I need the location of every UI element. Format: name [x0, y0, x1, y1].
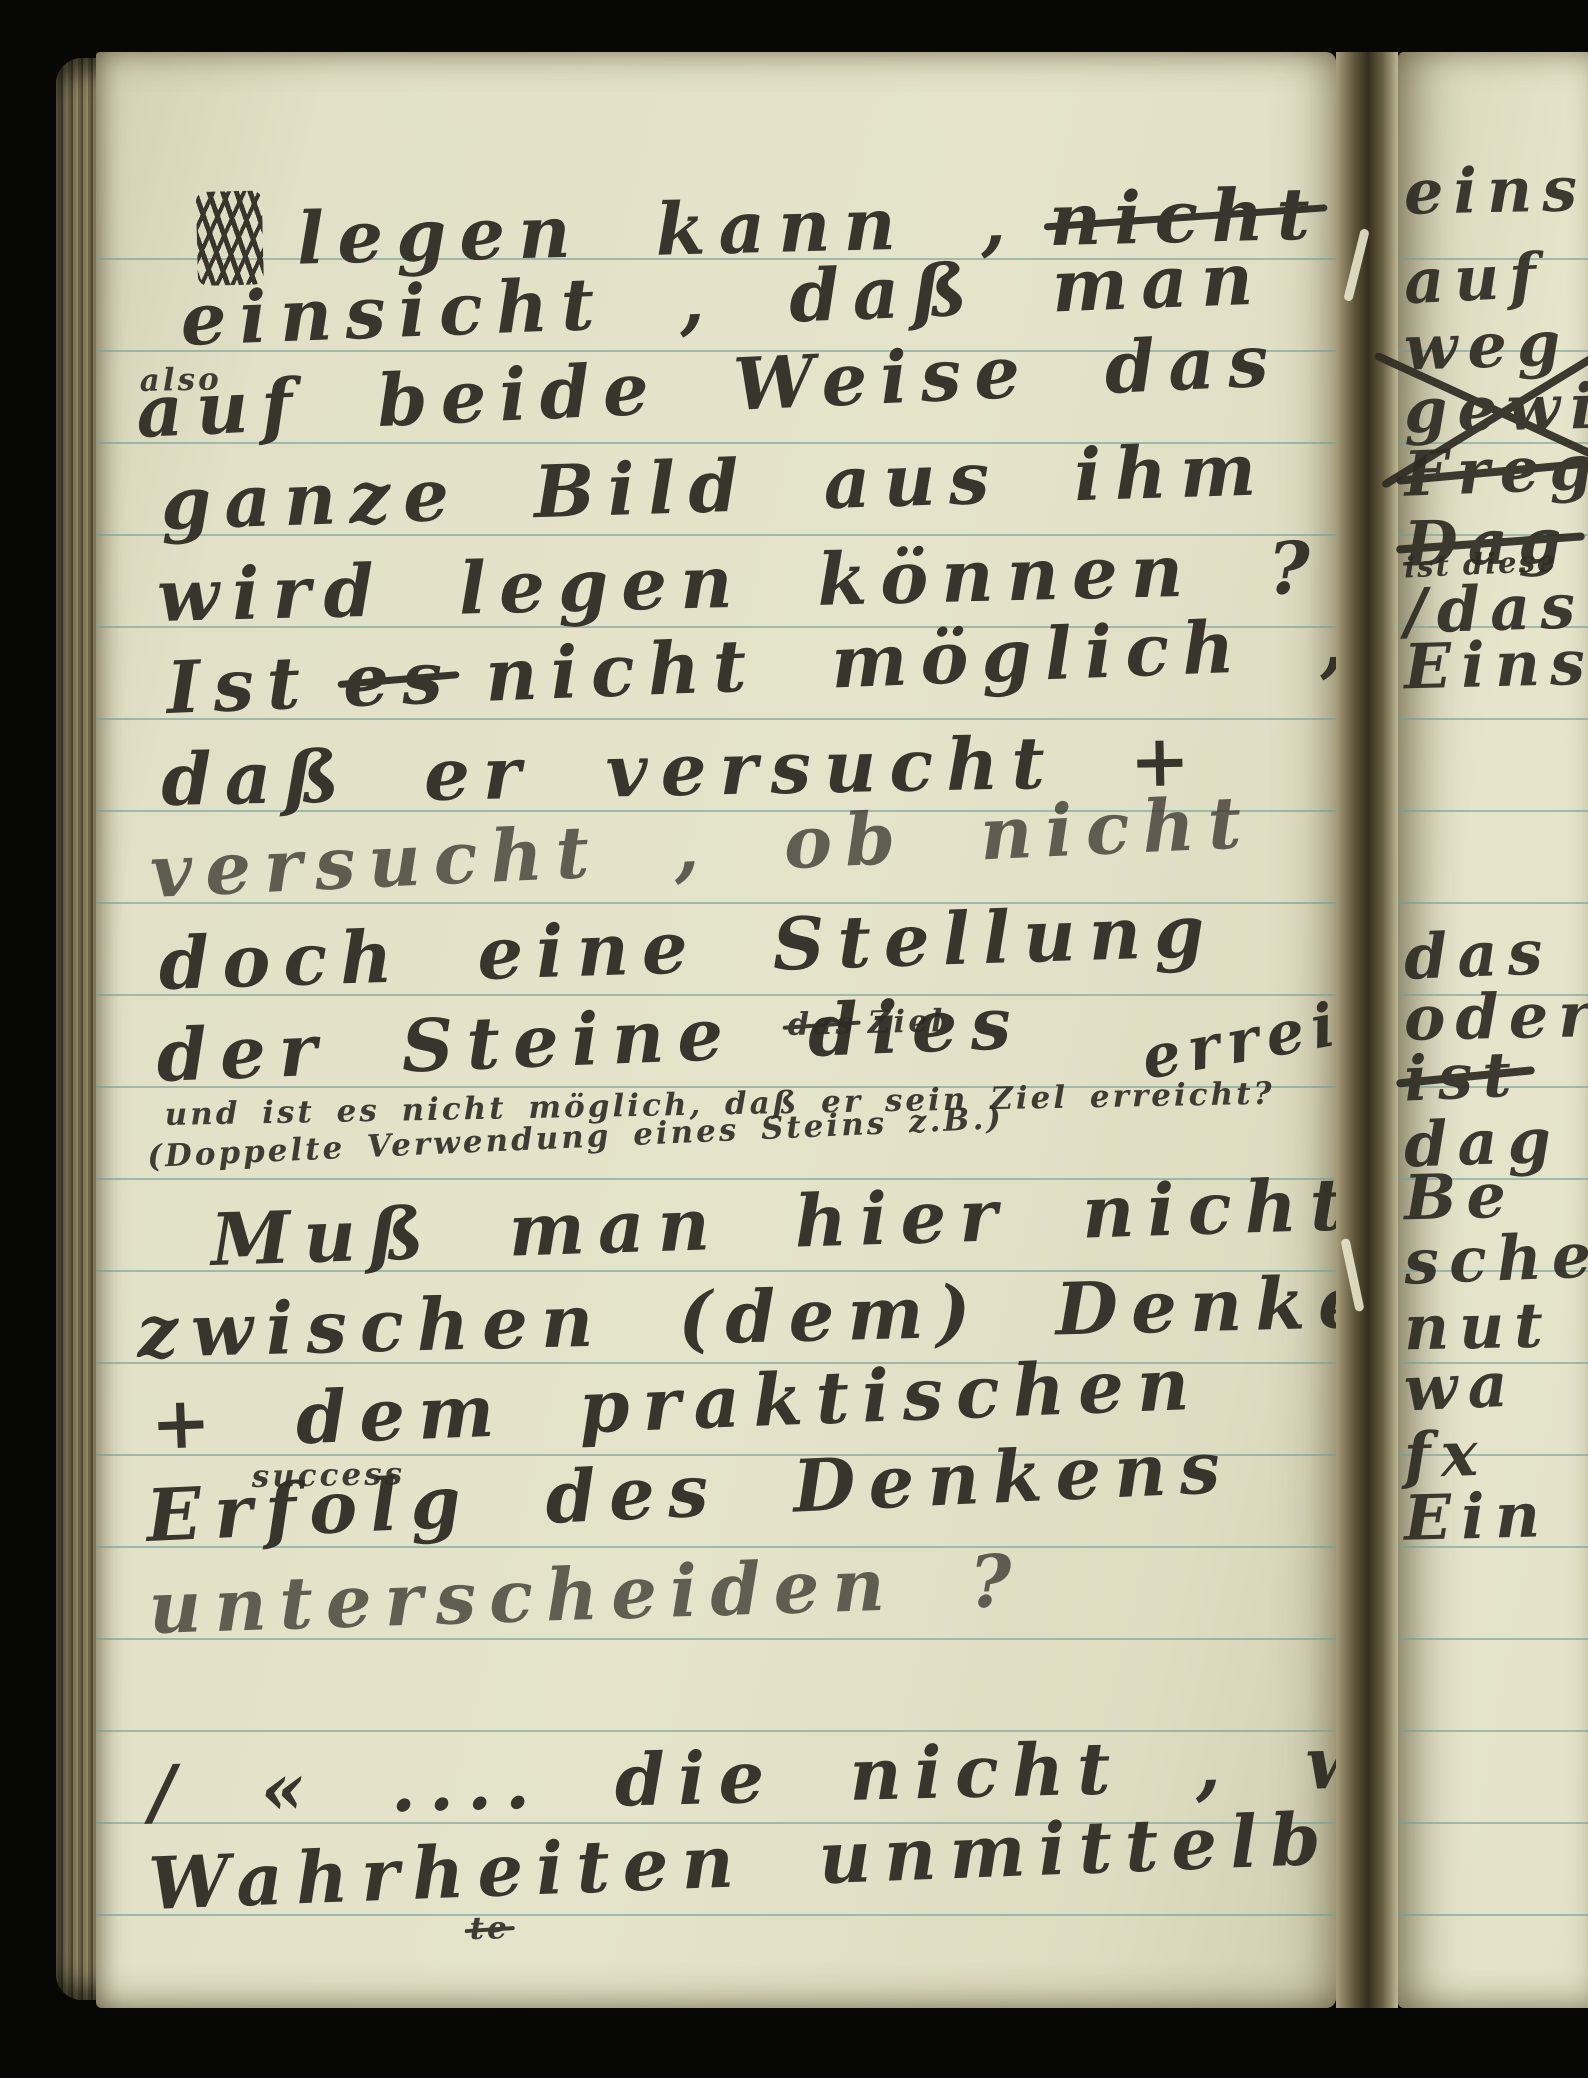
handwriting-line: ganze Bild aus ihm	[160, 432, 1300, 540]
handwriting-fragment: auf	[1403, 245, 1548, 313]
handwritten-text: zwischen (dem) Denken	[136, 1264, 1443, 1368]
handwriting-fragment: Eins	[1403, 632, 1588, 699]
handwriting-fragment: fx	[1403, 1423, 1489, 1488]
deleted-scribble	[196, 190, 264, 286]
notebook-photo: legen kann ,nichteinsicht , daß manalsoa…	[0, 0, 1588, 2078]
left-page: legen kann ,nichteinsicht , daß manalsoa…	[96, 52, 1336, 2008]
handwritten-text: ganze Bild aus ihm	[160, 433, 1270, 540]
handwriting-fragment: sche	[1403, 1224, 1588, 1294]
handwriting-insert-line: te	[469, 1913, 522, 1945]
handwriting-fragment: Freg	[1403, 436, 1588, 506]
handwriting-fragment: Ein	[1403, 1484, 1550, 1550]
handwritten-text: Ist	[165, 646, 314, 724]
handwriting-fragment: eins	[1403, 158, 1587, 224]
handwritten-text: Muß man hier nicht	[210, 1168, 1357, 1276]
handwriting-fragment: ist	[1403, 1043, 1523, 1110]
struck-word: te	[469, 1913, 510, 1945]
handwriting-line: Muß man hier nicht	[210, 1167, 1387, 1276]
handwriting-line: zwischen (dem) Denken	[136, 1263, 1473, 1368]
struck-word: es	[342, 641, 457, 717]
handwriting-fragment: weg	[1403, 312, 1571, 379]
handwritten-text: doch eine Stellung	[158, 895, 1219, 1000]
handwriting-line: unterscheiden ?	[148, 1544, 1056, 1644]
handwriting-fragment: wa	[1403, 1353, 1519, 1420]
handwritten-text: der Steine dies	[155, 987, 1025, 1092]
binding-gutter	[1336, 52, 1398, 2008]
handwriting-fragment: Be	[1403, 1165, 1516, 1230]
handwritten-text: unterscheiden ?	[148, 1545, 1026, 1644]
